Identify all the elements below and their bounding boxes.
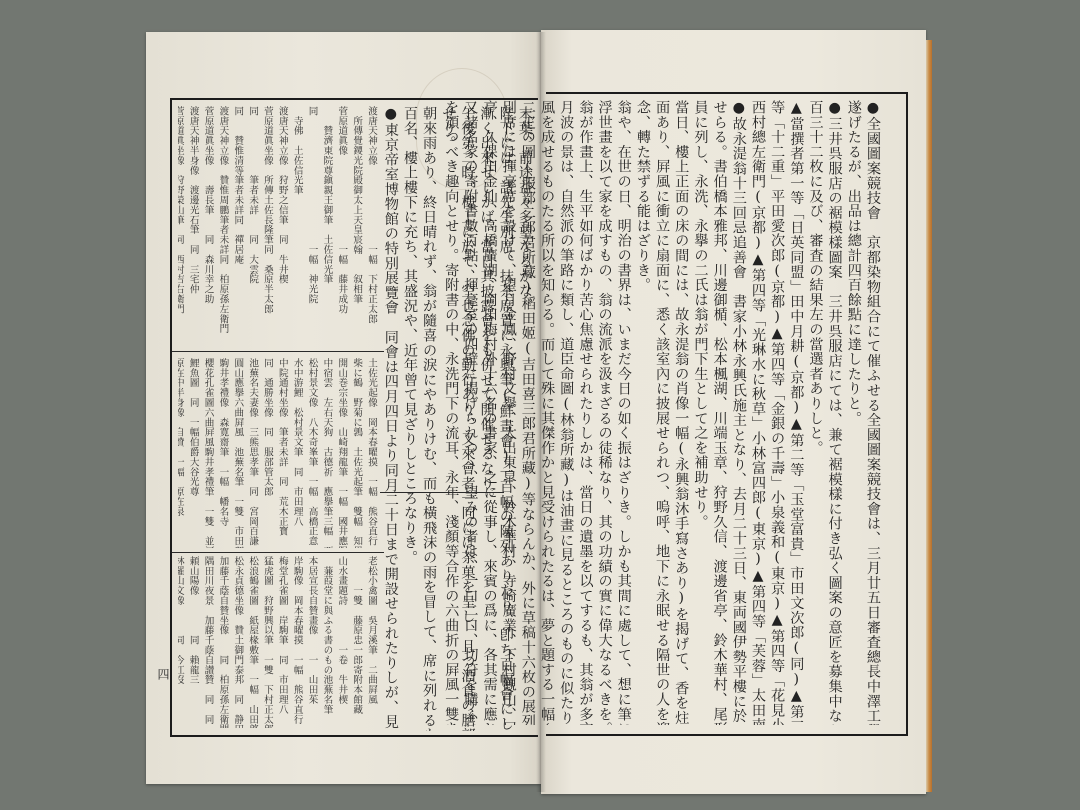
catalog-list-3: 老松小禽圖 吳月溪筆 二曲屛風 一雙 藤原忠一郎寄附本館藏山水畫題詩 一卷 牛井… [178,556,378,728]
text-column: 同 贊惟清等筆者未詳同 禪居庵 [229,106,244,350]
text-column: 同 一幅 神光院 [304,106,319,350]
text-column: 頼山陽像 同 賴龍三 [185,556,200,728]
text-column: ●東京帝室博物館の特別展覽會 同會は四月四日より同月二十日まで開設せられたりしが… [384,106,400,731]
text-column: 池蕪名夫妻像 三熊思孝筆 同 宮岡百謙 [244,358,259,548]
text-column: 朝來雨あり、終日晴れず、翁が隨喜の淚にやありけむ、而も橫飛沫の雨を冒して、席に列… [419,106,438,731]
text-column: 寺佛 土佐信光筆 [289,106,304,350]
text-column: 同 通勝坐像 同 服部管太郎 [259,358,274,548]
left-page-body-text: 末葉、前途益々多望なるかな。陛下には、諸先生別席、抹茶席置に永興筆(鮮畫會)一百… [384,106,534,731]
catalog-list-2: 土佐光起像 岡本春曜摸 一幅 熊谷直行柴に鶴 野菊に鶉 土佐光起筆 雙幅 知恩院… [178,358,378,548]
text-column: 等「十二重」平田愛次郎(京都)▲第四等「金銀の千壽」小泉義和(東京)▲第四等「花… [767,100,786,725]
text-column: 開山巻宗坐像 山崎翔龍筆 一幅 國井應陽 [333,358,348,548]
text-column: 本居宣長自贊畫像 一 山田茱 [304,556,319,728]
text-column: 菅原道眞坐像 狩野榮山筆 同 西村吉右衛門 [178,106,185,350]
text-column: 駒井孝禮像 森寛齋筆 一幅 幡名寺 [215,358,230,548]
text-column: 櫻花孔雀圖六曲屛風駒井孝禮筆 一雙 並河靖之 [200,358,215,548]
page-number: 四 [155,668,172,680]
text-column: 一雙 藤原忠一郎寄附本館藏 [348,556,363,728]
text-column: 圓山應擧六曲屛風 池蕪名筆 一雙 市田理八 [229,358,244,548]
text-column: 渡唐天神立像 一幅 下村正太郎 [363,106,378,350]
text-column: 所傳覺鑁光院殿御太上天皇宸翰 叙相筆 [348,106,363,350]
text-column: 松永貞德坐像 贊土御門泰邦 同 静田淸左衛門 [229,556,244,728]
text-column: 梅堂孔雀圖 岸駒筆 同 市田理八 [274,556,289,728]
text-column: 同 筆者未詳 同 大雲院 [244,106,259,350]
text-column: 隅田川夜景 加藤千蔭自讃贊 同 同 [200,556,215,728]
page-edge [926,40,932,792]
text-column: 林羅山文像 同 今江沒 [178,556,185,728]
text-column: 渡唐天神半身像 渡邊光石筆 同 三宅仲 [185,106,200,350]
text-column: 末葉、前途益々多望なるかな。 [515,106,534,731]
left-page-frame: 末葉、前途益々多望なるかな。陛下には、諸先生別席、抹茶席置に永興筆(鮮畫會)一百… [170,98,538,737]
text-column: ●故永湜翁十三回忌追善會 書家小林永興氏施主となり、去月二十三日、東両國伊勢平樓… [729,100,748,725]
text-column: 菅原道眞坐像 所傳土佐長隆筆同 桑原半太郎 [259,106,274,350]
text-column: 松村景文像 八木奇峯筆 一幅 高橋正意 [304,358,319,548]
text-column: せらる。書伯橋本雅邦、川邊御楯、松本楓湖、川端玉章、狩野久信、渡邊省亭、鈴木華村… [709,100,728,725]
text-column: 猛虎圖 狩野興以筆 一雙 下村正太郎 [259,556,274,728]
catalog-divider [172,552,384,553]
text-column: 山水畫題詩 一卷 牛井楔 [333,556,348,728]
text-column: 菅原道眞坐像 壽長筆 同 森川幸之助 [200,106,215,350]
right-page-frame: ●全國圖案競技會 京都染物組合にて催ふせる全國圖案競技會は、三月廿五日審査總長中… [546,92,908,736]
text-column: ●三井呉服店の裾模樣圖案 三井呉服店にては、兼て裾模樣に付き弘く圖案の意匠を募集… [824,100,843,725]
text-column: 遂げたるが、出品は總計四百餘點に達したりと。 [844,100,863,725]
text-column: ●全國圖案競技會 京都染物組合にて催ふせる全國圖案競技會は、三月廿五日審査總長中… [863,100,882,725]
text-column: 百三十二枚に及び、審査の結果左の當選者ありしと。 [805,100,824,725]
open-book: ●全國圖案競技會 京都染物組合にて催ふせる全國圖案競技會は、三月廿五日審査總長中… [0,0,1080,810]
text-column: 月波の景は、自然派の筆路に類し、道臣命圖(林翁所藏)は油畫に見るところのものに似… [556,100,575,725]
text-column: 漸く出來せしかば、當日其披露會をも併せて開催せるなり。 [476,106,495,731]
text-column: 松浪鶴雀圖 紙屋椽敷筆 一幅 山田啓助 [244,556,259,728]
text-column: 水中游鯉 松村景文筆 同 市田理八 [289,358,304,548]
catalog-list-1: 渡唐天神立像 一幅 下村正太郎 所傳覺鑁光院殿御太上天皇宸翰 叙相筆菅原道眞像 … [178,106,378,350]
text-column: 陛下には、諸先生別席、抹茶席置に永興筆(鮮畫會)一百幅の陳列ありたり、卽ち百幅會… [496,106,515,731]
text-column: 浮世畫を以て家を成すもの、翁の流派を汲まざるの徒稀なり、其の功績の實に偉大なるべ… [594,100,613,725]
text-column: 加藤千蔭自贊坐像 同 柏原孫左衛門 [215,556,230,728]
text-column: 翁が作畫上、生平如何ばかり苦心焦慮せられたりしかは、當日の遺墨を以てするも、其翁… [575,100,594,725]
text-column: 百名、樓上樓下に充ち、其盛況や、近年曾て見ざりしところなりき。 [400,106,419,731]
text-column: 風を成せるものたる所以を知らる。而して殊に其傑作かと見受けられたるは、夢と題する… [537,100,556,725]
text-column: 翁や、在世の日、明治の書界は、いまだ今日の如く振はざりき。しかも其間に處して、想… [614,100,633,725]
catalog-divider [172,351,384,352]
text-column: 面あり、屛風に衝立に扇面に、悉く該室內に披展せられつ、嗚呼、地下に永眠せる隔世の… [652,100,671,725]
text-column: 西村總左衛門(京都)▲第四等「光琳水に秋草」小林富四郎(東京)▲第四等「芙蓉」太… [748,100,767,725]
text-column: 土佐光起像 岡本春曜摸 一幅 熊谷直行 [363,358,378,548]
text-column: 柴に鶴 野菊に鶉 土佐光起筆 雙幅 知恩院 [348,358,363,548]
text-column: 原在中半身像 自贊 一幅 原在泉 [178,358,185,548]
text-column: 贊濟東院尊鎭親王御筆 土佐信光筆 [319,106,334,350]
text-column: 當日、樓上正面の床の間には、故永湜翁の肖像一幅(永興翁沐手寫さあり)を揭げて、香… [671,100,690,725]
text-column: 員に列し、永洗、永擧の二氏は翁が門下生として之を補助せり。 [690,100,709,725]
text-column: 老松小禽圖 吳月溪筆 二曲屛風 [363,556,378,728]
text-column: 中院通村坐像 筆者未詳 同 荒木正寳 [274,358,289,548]
text-column: 渡唐天神立像 贊惟周鵬筆者未詳同 柏原孫左衛門 [215,106,230,350]
text-column: 岸駒像 岡本春曜摸 一幅 熊谷直行 [289,556,304,728]
text-column: 鯉魚圖 同 一幅伯爵大谷光尊 [185,358,200,548]
text-column: 念、轉た禁ずる能はざりき。 [633,100,652,725]
catalog-divider [380,492,504,493]
text-column: 菅原道眞像 一幅 藤井成功 [333,106,348,350]
text-column: せり。 [438,106,457,731]
text-column: 渡唐天神立像 狩野之信筆 同 牛井楔 [274,106,289,350]
text-column: 蒹葭堂に與ふる書のもの池蕪名筆 [319,556,334,728]
text-column: 午後第二時、樓上に於て、空也念佛の勤行あり、又來會者一同には茶菓を呈し、且つ酒食… [457,106,476,731]
text-column: 中宿雲 左右天狗 古德祈 應擧筆三幅 西村總左衛門 [319,358,334,548]
text-column: ▲當撰者第一等「日英同盟」田中月耕(京都)▲第二等「玉堂富貴」市田文次郎(同)▲… [786,100,805,725]
